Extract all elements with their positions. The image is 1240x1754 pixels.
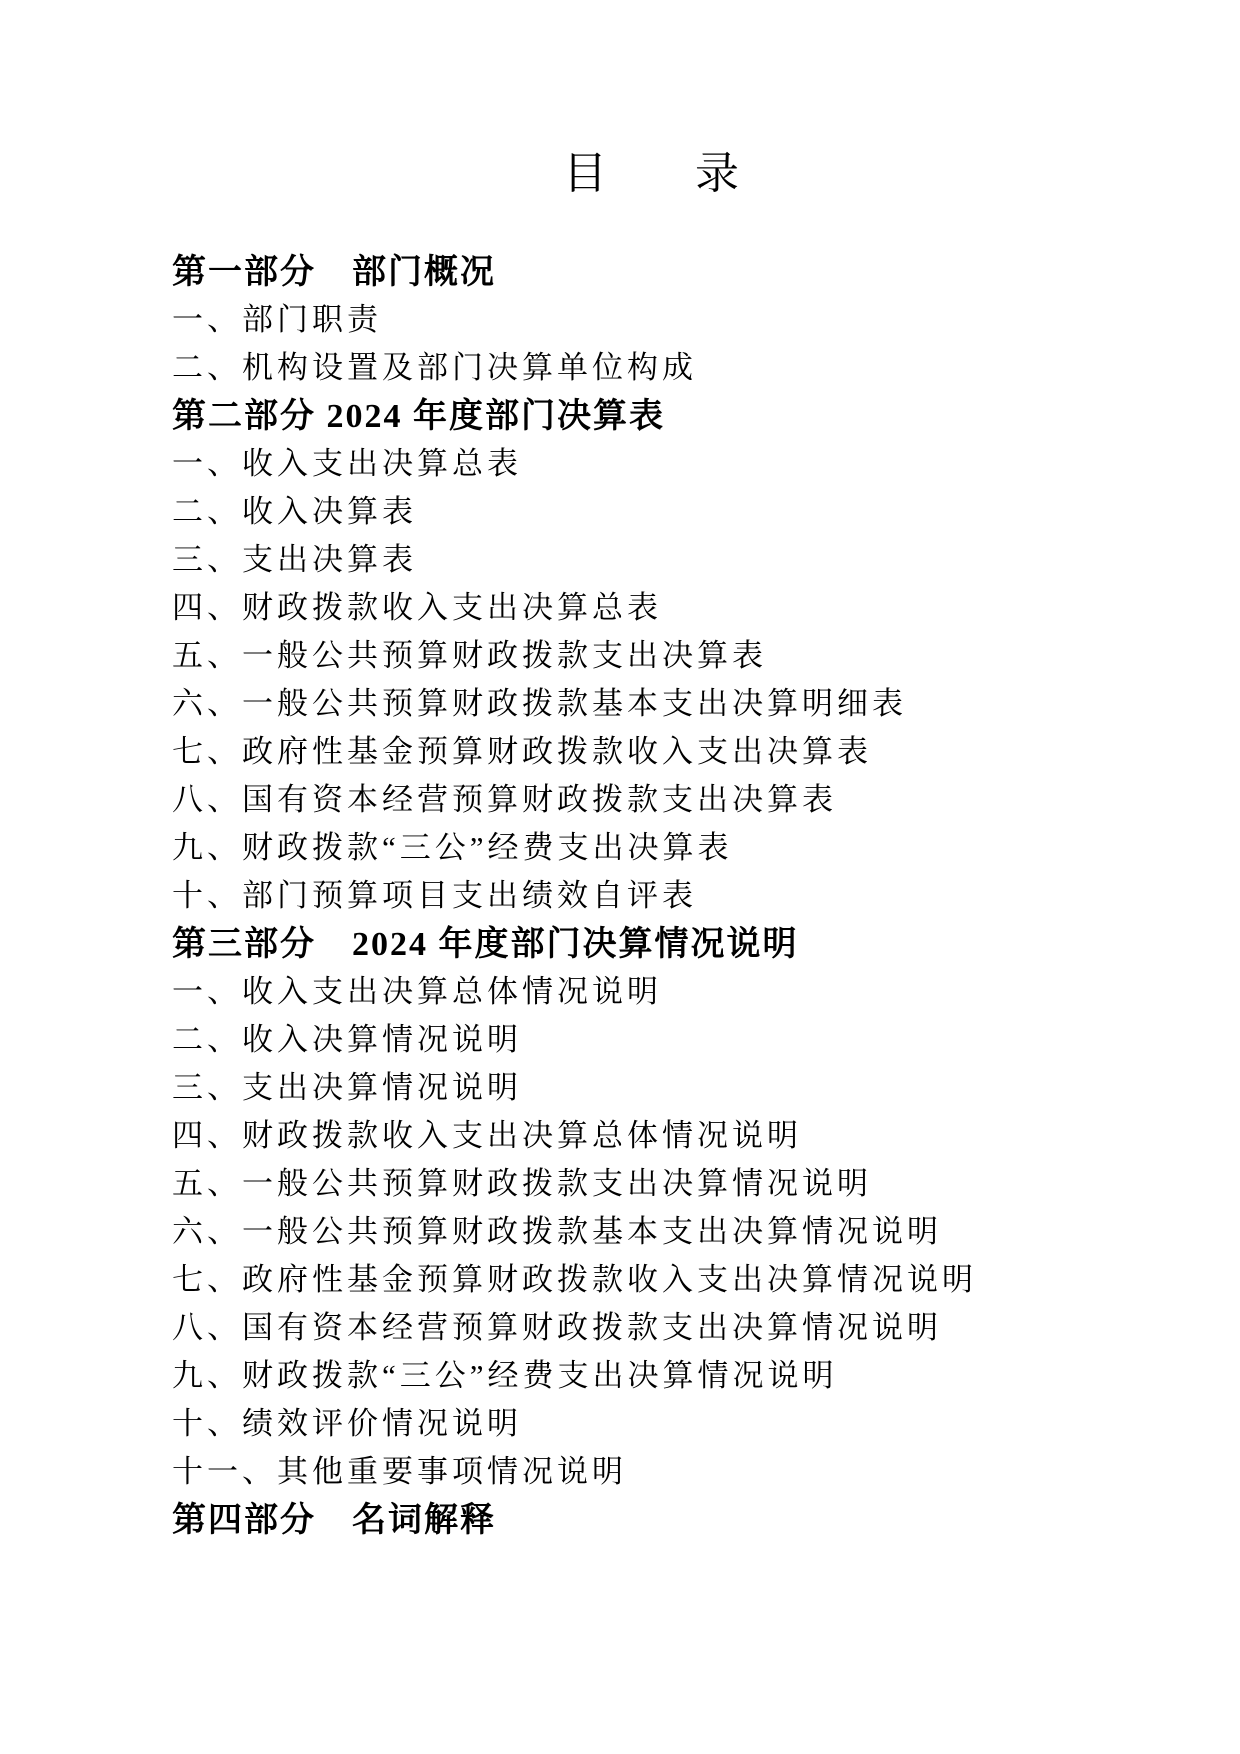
toc-section-heading-part3: 第三部分 2024 年度部门决算情况说明: [172, 916, 1130, 964]
toc-entry: 六、一般公共预算财政拨款基本支出决算情况说明: [172, 1204, 1130, 1252]
document-page: 目 录 第一部分 部门概况 一、部门职责 二、机构设置及部门决算单位构成 第二部…: [0, 0, 1240, 1754]
page-title: 目 录: [172, 150, 1130, 198]
toc-entry: 三、支出决算情况说明: [172, 1060, 1130, 1108]
toc-entry: 七、政府性基金预算财政拨款收入支出决算情况说明: [172, 1252, 1130, 1300]
toc-entry: 六、一般公共预算财政拨款基本支出决算明细表: [172, 676, 1130, 724]
toc-entry: 九、财政拨款“三公”经费支出决算表: [172, 820, 1130, 868]
toc-section-heading-part4: 第四部分 名词解释: [172, 1492, 1130, 1540]
toc-section-heading-part2: 第二部分 2024 年度部门决算表: [172, 388, 1130, 436]
toc-entry: 九、财政拨款“三公”经费支出决算情况说明: [172, 1348, 1130, 1396]
toc-entry: 一、收入支出决算总体情况说明: [172, 964, 1130, 1012]
toc-entry: 七、政府性基金预算财政拨款收入支出决算表: [172, 724, 1130, 772]
toc-entry: 三、支出决算表: [172, 532, 1130, 580]
toc-entry: 四、财政拨款收入支出决算总体情况说明: [172, 1108, 1130, 1156]
toc-entry: 五、一般公共预算财政拨款支出决算表: [172, 628, 1130, 676]
toc-entry: 四、财政拨款收入支出决算总表: [172, 580, 1130, 628]
toc-entry: 十、部门预算项目支出绩效自评表: [172, 868, 1130, 916]
toc-entry: 二、收入决算情况说明: [172, 1012, 1130, 1060]
toc-entry: 一、收入支出决算总表: [172, 436, 1130, 484]
toc-entry: 一、部门职责: [172, 292, 1130, 340]
toc-section-heading-part1: 第一部分 部门概况: [172, 244, 1130, 292]
table-of-contents: 第一部分 部门概况 一、部门职责 二、机构设置及部门决算单位构成 第二部分 20…: [172, 244, 1130, 1540]
toc-entry: 十、绩效评价情况说明: [172, 1396, 1130, 1444]
toc-entry: 十一、其他重要事项情况说明: [172, 1444, 1130, 1492]
toc-entry: 八、国有资本经营预算财政拨款支出决算表: [172, 772, 1130, 820]
toc-entry: 二、收入决算表: [172, 484, 1130, 532]
toc-entry: 二、机构设置及部门决算单位构成: [172, 340, 1130, 388]
toc-entry: 八、国有资本经营预算财政拨款支出决算情况说明: [172, 1300, 1130, 1348]
toc-entry: 五、一般公共预算财政拨款支出决算情况说明: [172, 1156, 1130, 1204]
